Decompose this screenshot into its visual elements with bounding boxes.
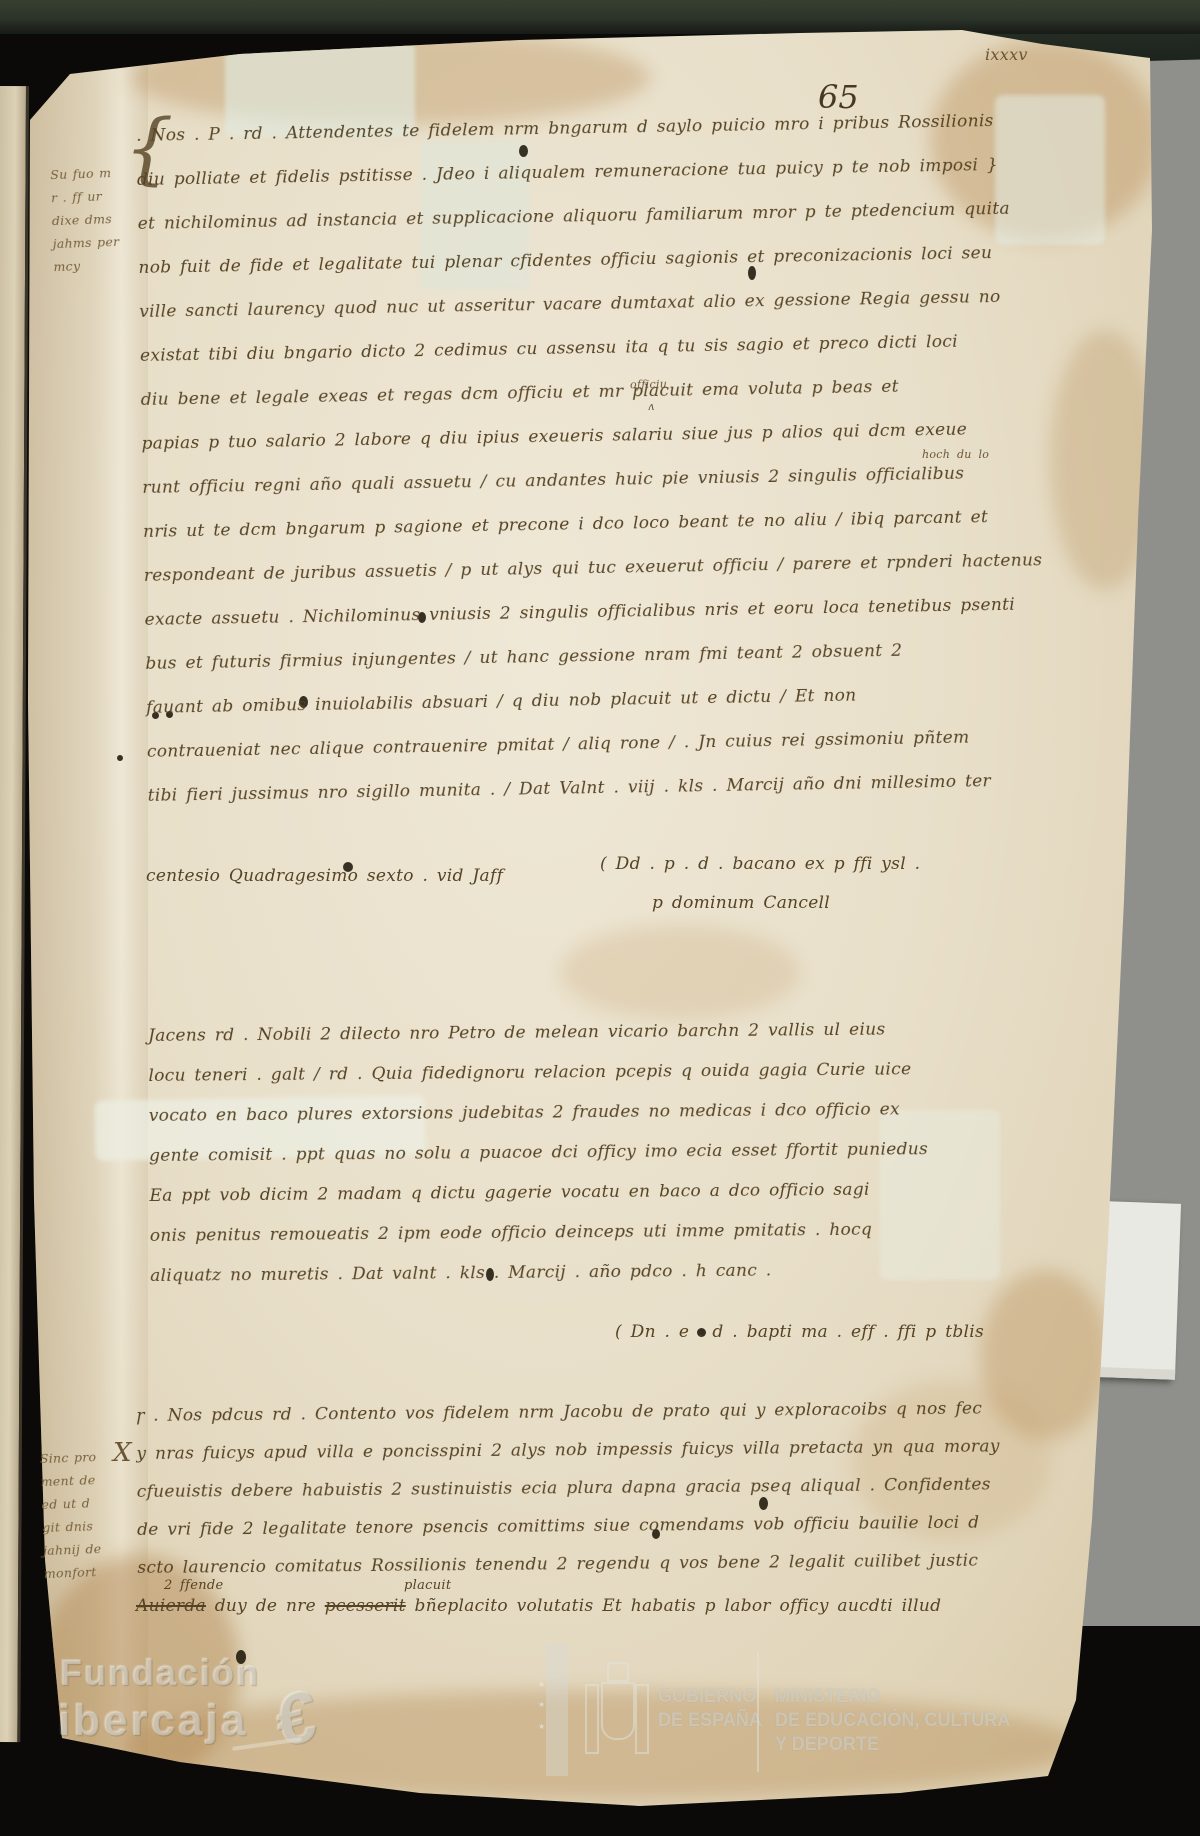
margin-note-line: r . ff ur	[51, 188, 118, 213]
text-segment: duy de nre	[215, 1596, 316, 1616]
margin-note-line: dixe dms	[52, 211, 119, 236]
margin-note-line: mcy	[53, 257, 120, 282]
margin-mark: X	[113, 1438, 132, 1468]
document1-text-block: . Nos . P . rd . Attendentes te fidelem …	[136, 112, 948, 830]
ink-blot	[117, 755, 123, 761]
page-number: 65	[818, 78, 859, 116]
facing-page-edge	[0, 86, 29, 1742]
book-frame-top	[0, 0, 1200, 34]
margin-note-line: git dnis	[42, 1518, 101, 1543]
interline-insertion: 2 ffende	[164, 1578, 224, 1593]
star-icon: ★	[538, 1680, 545, 1689]
interline-insertion: hoch du lo	[922, 448, 989, 461]
ministerio-watermark-line2: DE EDUCACIÓN, CULTURA	[775, 1710, 1010, 1732]
text-line: aliquatz no muretis . Dat valnt . kls . …	[150, 1259, 990, 1306]
margin-note-line: jahnij de	[43, 1541, 102, 1566]
margin-note-line: ed ut d	[41, 1495, 100, 1520]
margin-note-line: monfort	[44, 1564, 103, 1589]
margin-note-line: Sinc pro	[40, 1449, 99, 1474]
crown-shape	[607, 1662, 629, 1682]
fundacion-watermark-line1: Fundación	[60, 1652, 260, 1694]
document2-text-block: Jacens rd . Nobili 2 dilecto nro Petro d…	[148, 1019, 990, 1306]
margin-note-doc1: Su fuo mr . ff urdixe dmsjahms permcy	[50, 165, 121, 282]
shield-shape	[601, 1682, 635, 1740]
spain-coat-of-arms-icon	[585, 1662, 647, 1756]
interline-insertion: placuit	[404, 1578, 451, 1593]
struck-word: Auierda	[136, 1596, 206, 1616]
margin-note-line: ment de	[40, 1472, 99, 1497]
margin-note-line: jahms per	[52, 234, 119, 259]
fundacion-logo-icon: €	[272, 1673, 320, 1765]
margin-note-doc3: Sinc proment deed ut dgit dnisjahnij dem…	[40, 1449, 103, 1589]
margin-note-line: Su fuo m	[50, 165, 117, 190]
text-line: scto laurencio comitatus Rossilionis ten…	[137, 1551, 987, 1596]
document1-closing-line: centesio Quadragesimo sexto . vid Jaff	[146, 866, 503, 886]
gobierno-watermark-line2: DE ESPAÑA	[658, 1710, 762, 1732]
fundacion-watermark-line2: ibercaja	[58, 1696, 248, 1746]
watermark-divider	[757, 1652, 759, 1772]
stain	[560, 925, 800, 1020]
ministerio-watermark-line3: Y DEPORTE	[775, 1734, 879, 1756]
document2-signature: ( Dn . e . d . bapti ma . eff . ffi p tb…	[615, 1322, 984, 1342]
document1-signature: ( Dd . p . d . bacano ex p ffi ysl .	[600, 854, 920, 874]
text-segment: bñeplacito volutatis Et habatis p labor …	[415, 1596, 942, 1616]
document3-text-block: ɼ . Nos pdcus rd . Contento vos fidelem …	[136, 1399, 988, 1596]
star-icon: ★	[538, 1700, 545, 1709]
document1-chancery-note: p dominum Cancell	[652, 893, 830, 913]
folio-number: ixxxv	[985, 45, 1028, 64]
eu-flag-bar: ★ ★ ★	[546, 1644, 568, 1776]
insertion-caret: ʌ	[648, 400, 655, 413]
document3-corrected-line: 2 ffende Auierda duy de nre placuit pces…	[136, 1596, 941, 1616]
star-icon: ★	[538, 1722, 545, 1731]
gobierno-watermark-line1: GOBIERNO	[658, 1686, 756, 1708]
repair-patch	[995, 95, 1105, 245]
ministerio-watermark-line1: MINISTERIO	[775, 1686, 880, 1708]
pillar-shape	[635, 1684, 649, 1754]
pillar-shape	[585, 1684, 599, 1754]
interline-insertion: officiu	[630, 378, 667, 392]
struck-word: pcesserit	[325, 1596, 406, 1616]
